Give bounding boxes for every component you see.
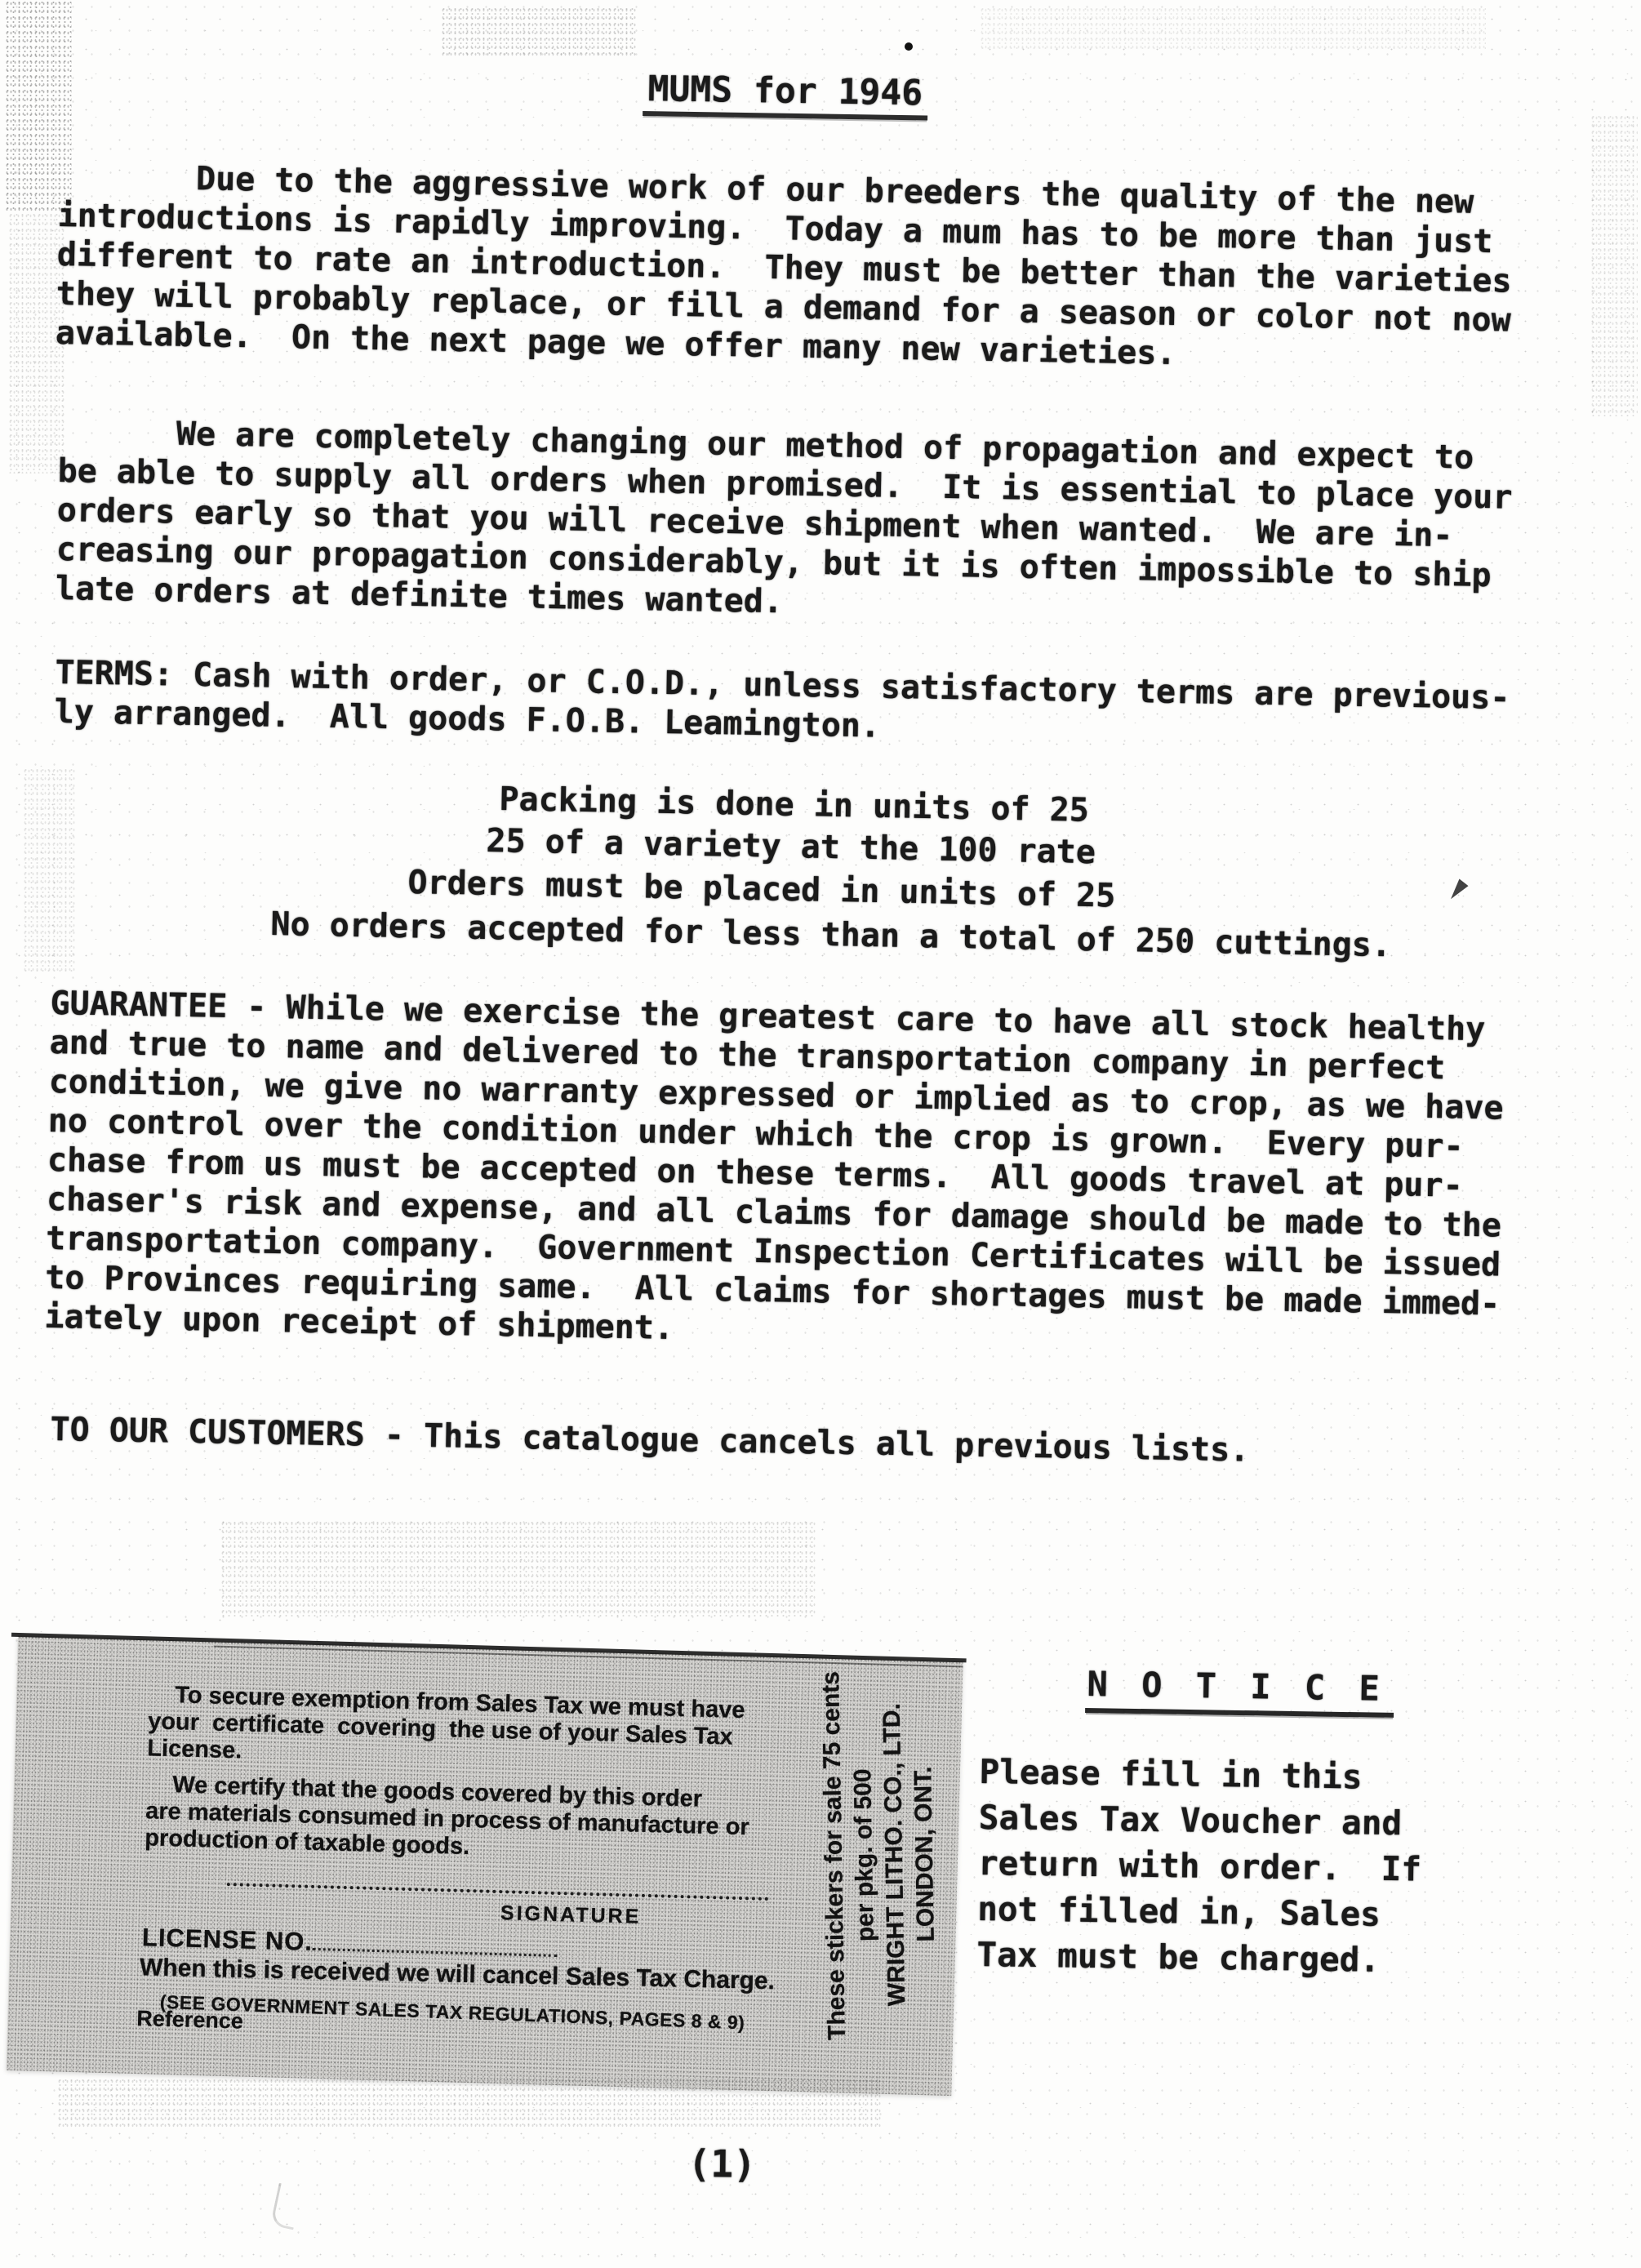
guarantee-paragraph: GUARANTEE - While we exercise the greate… [44,984,1610,1365]
page-title: MUMS for 1946 [643,69,927,120]
scan-smudge [220,1520,816,1617]
customers-note: TO OUR CUSTOMERS - This catalogue cancel… [50,1410,1520,1474]
signature-label: SIGNATURE [500,1901,642,1929]
page-number: (1) [687,2144,756,2184]
packing-line-4: No orders accepted for less than a total… [270,905,1391,965]
notice-heading: N O T I C E [1085,1664,1394,1718]
scan-smudge [441,7,637,57]
printer-sticker-note: These stickers for sale 75 cents per pkg… [816,1666,945,2044]
license-number-label: LICENSE NO. [142,1923,314,1956]
propagation-paragraph: We are completely changing our method of… [56,412,1610,637]
notice-body: Please fill in this Sales Tax Voucher an… [976,1749,1551,1986]
packing-line-3: Orders must be placed in units of 25 [407,863,1116,916]
scan-smudge [980,7,1486,51]
license-number-line [313,1930,558,1957]
signature-line [227,1883,769,1901]
reference-label: Reference [136,2006,243,2035]
scan-smudge [23,767,75,972]
pen-mark [1446,878,1468,902]
intro-paragraph: Due to the aggressive work of our breede… [56,157,1610,381]
scanned-catalog-page: MUMS for 1946 Due to the aggressive work… [0,0,1641,2268]
pencil-mark [270,2183,302,2230]
voucher-certify-text: We certify that the goods covered by thi… [145,1771,791,1869]
packing-line-2: 25 of a variety at the 100 rate [486,821,1096,872]
terms-paragraph: TERMS: Cash with order, or C.O.D., unles… [54,653,1606,758]
regulations-note: (SEE GOVERNMENT SALES TAX REGULATIONS, P… [159,1991,745,2035]
voucher-certificate-text: To secure exemption from Sales Tax we mu… [147,1681,794,1779]
ink-spot [905,42,913,51]
